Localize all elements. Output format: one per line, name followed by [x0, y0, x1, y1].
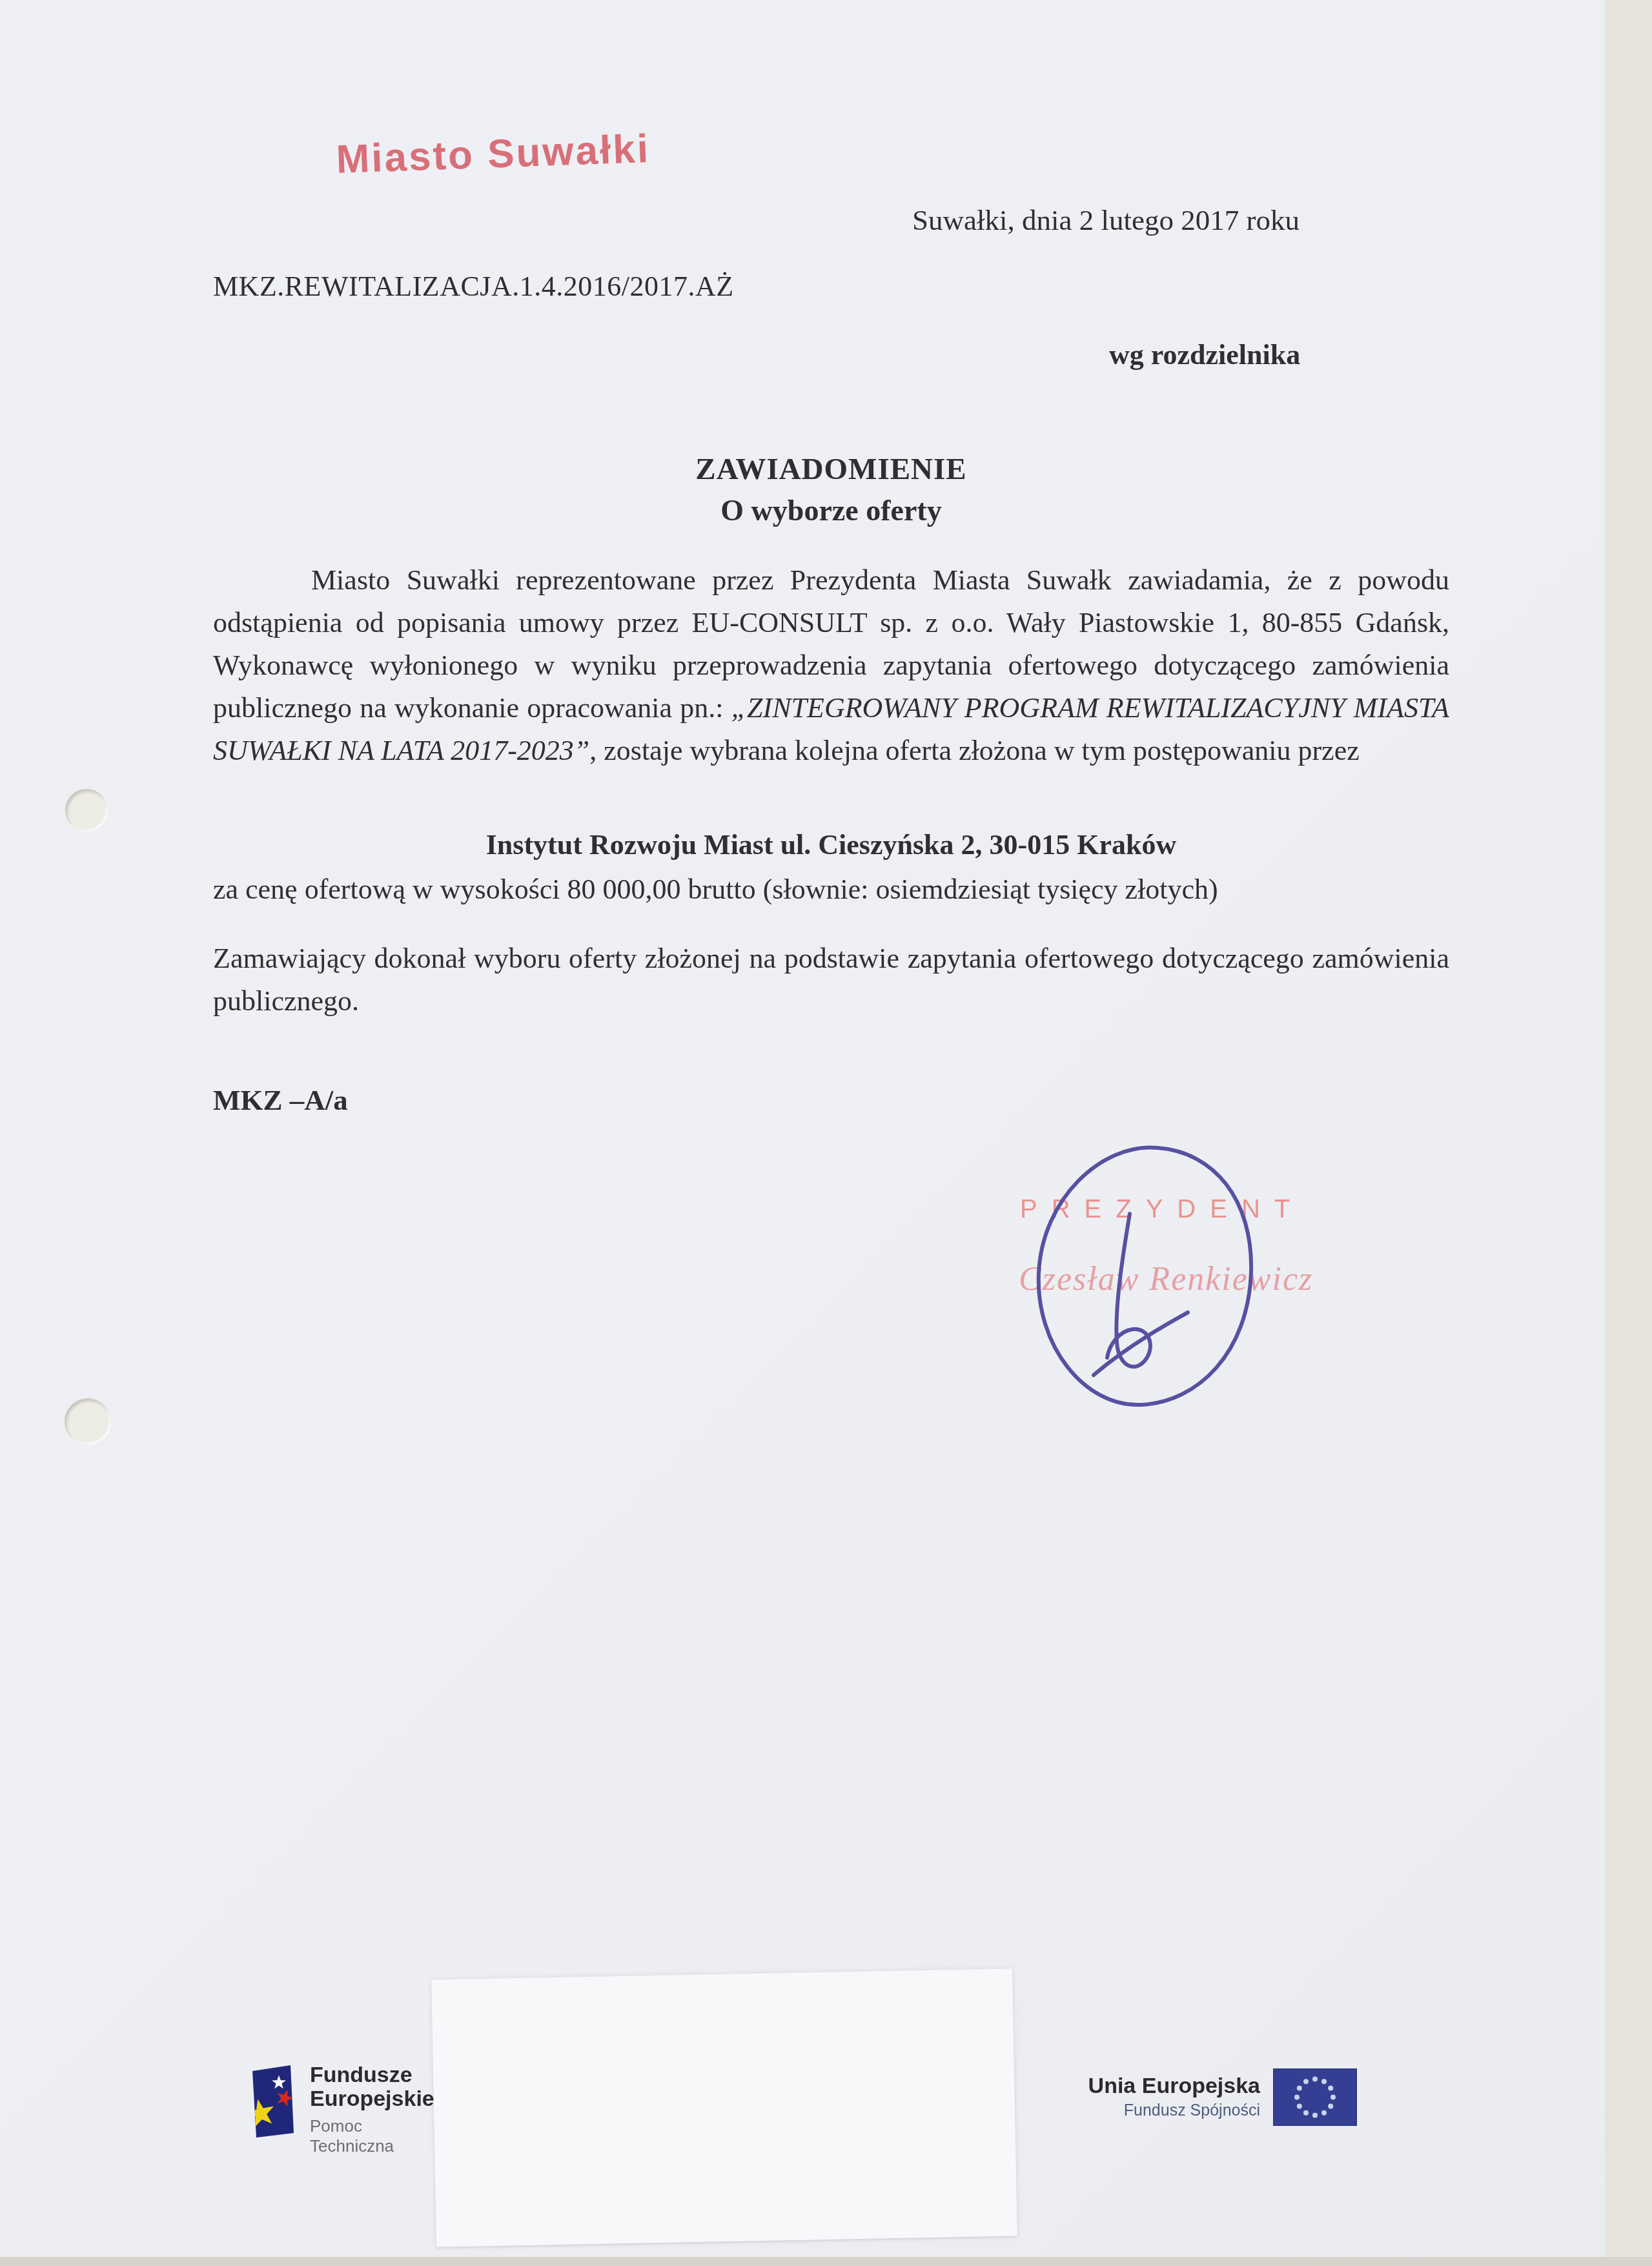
price-line: za cenę ofertową w wysokości 80 000,00 b…	[213, 873, 1218, 906]
reference-number: MKZ.REWITALIZACJA.1.4.2016/2017.AŻ	[213, 270, 734, 303]
title-line-1: ZAWIADOMIENIE	[213, 452, 1449, 487]
eu-flag-icon	[1273, 2068, 1357, 2126]
eu-union-line1: Unia Europejska	[1088, 2074, 1260, 2099]
eu-funds-subtitle: Pomoc Techniczna	[310, 2116, 434, 2156]
eu-funds-line2: Europejskie	[310, 2087, 434, 2111]
title-line-2: O wyborze oferty	[213, 493, 1449, 527]
eu-funds-line1: Fundusze	[310, 2063, 434, 2087]
signature-scribble-icon	[1025, 1138, 1277, 1422]
scanner-background-right	[1605, 0, 1652, 2266]
city-header-stamp: Miasto Suwałki	[336, 126, 651, 183]
punch-hole	[65, 789, 108, 832]
eu-union-subtitle: Fundusz Spójności	[1088, 2101, 1260, 2120]
body-paragraph-1: Miasto Suwałki reprezentowane przez Prez…	[213, 559, 1449, 772]
eu-union-logo-text: Unia Europejska Fundusz Spójności	[1088, 2074, 1260, 2120]
document-title: ZAWIADOMIENIE O wyborze oferty	[213, 452, 1449, 527]
punch-hole	[65, 1398, 111, 1445]
paper-patch-overlay	[431, 1968, 1017, 2247]
paragraph1-after: , zostaje wybrana kolejna oferta złożona…	[589, 735, 1359, 766]
document-page: Miasto Suwałki Suwałki, dnia 2 lutego 20…	[0, 0, 1607, 2258]
addressee-line: wg rozdzielnika	[1109, 338, 1300, 371]
eu-funds-flag-icon	[250, 2065, 294, 2138]
filing-note: MKZ –A/a	[213, 1083, 348, 1117]
scanner-background-bottom	[0, 2257, 1652, 2266]
date-line: Suwałki, dnia 2 lutego 2017 roku	[912, 203, 1300, 237]
selected-offer-line: Instytut Rozwoju Miast ul. Cieszyńska 2,…	[213, 828, 1449, 861]
scanned-document: { "document": { "stamp_header": "Miasto …	[0, 0, 1652, 2266]
eu-funds-logo-text: Fundusze Europejskie Pomoc Techniczna	[310, 2063, 434, 2156]
body-paragraph-2: Zamawiający dokonał wyboru oferty złożon…	[213, 937, 1449, 1023]
